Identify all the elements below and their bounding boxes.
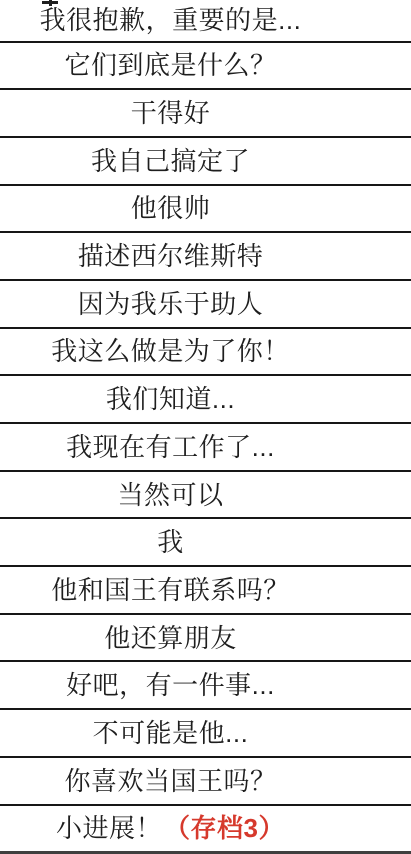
choice-label: 不可能是他... bbox=[93, 720, 249, 746]
list-item[interactable]: 描述西尔维斯特 bbox=[0, 231, 411, 279]
choice-label: 它们到底是什么？ bbox=[64, 52, 276, 78]
choice-label: 我现在有工作了... bbox=[66, 434, 275, 460]
choice-label: 干得好 bbox=[131, 100, 211, 126]
list-item[interactable]: 他还算朋友 bbox=[0, 613, 411, 661]
list-item[interactable]: 他和国王有联系吗？ bbox=[0, 565, 411, 613]
list-item[interactable]: 当然可以 bbox=[0, 470, 411, 518]
save-slot-badge: （存档3） bbox=[164, 815, 285, 841]
choice-label: 好吧，有一件事... bbox=[66, 672, 275, 698]
list-item[interactable]: 它们到底是什么？ bbox=[0, 41, 411, 89]
list-item[interactable]: 我这么做是为了你！ bbox=[0, 327, 411, 375]
choice-label: 小进展！ bbox=[56, 815, 162, 841]
choice-label: 我自己搞定了 bbox=[91, 148, 250, 174]
list-item[interactable]: 我很抱歉，重要的是... bbox=[0, 0, 411, 41]
list-item[interactable]: 干得好 bbox=[0, 88, 411, 136]
dialogue-choice-list: 我很抱歉，重要的是... 它们到底是什么？ 干得好 我自己搞定了 他很帅 描述西… bbox=[0, 0, 411, 854]
list-item[interactable]: 好吧，有一件事... bbox=[0, 660, 411, 708]
choice-label: 他还算朋友 bbox=[104, 625, 237, 651]
list-item[interactable]: 我们知道... bbox=[0, 374, 411, 422]
choice-label: 他很帅 bbox=[131, 195, 211, 221]
choice-label: 你喜欢当国王吗？ bbox=[64, 768, 276, 794]
list-item[interactable]: 你喜欢当国王吗？ bbox=[0, 756, 411, 804]
choice-label: 我这么做是为了你！ bbox=[51, 338, 290, 364]
list-item[interactable]: 我 bbox=[0, 517, 411, 565]
list-item[interactable]: 因为我乐于助人 bbox=[0, 279, 411, 327]
choice-label: 他和国王有联系吗？ bbox=[51, 577, 290, 603]
list-item[interactable]: 我自己搞定了 bbox=[0, 136, 411, 184]
choice-label: 我 bbox=[157, 529, 184, 555]
list-item[interactable]: 小进展！ （存档3） bbox=[0, 804, 411, 852]
choice-label: 我们知道... bbox=[106, 386, 235, 412]
choice-label: 因为我乐于助人 bbox=[78, 291, 264, 317]
list-item[interactable]: 他很帅 bbox=[0, 184, 411, 232]
list-item[interactable]: 我现在有工作了... bbox=[0, 422, 411, 470]
list-item[interactable]: 不可能是他... bbox=[0, 708, 411, 756]
choice-label: 描述西尔维斯特 bbox=[78, 243, 264, 269]
choice-label: 我很抱歉，重要的是... bbox=[40, 7, 302, 33]
choice-label: 当然可以 bbox=[117, 482, 223, 508]
